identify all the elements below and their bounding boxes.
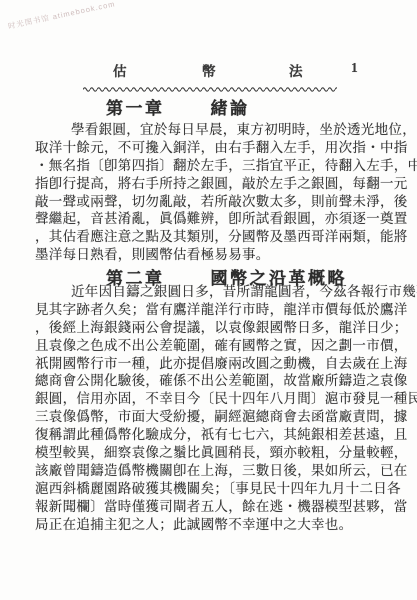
running-header-char: 幣 bbox=[202, 60, 216, 80]
text-line: 三袁像僞幣，市面大受紛擾，嗣經滬總商會去函當廠責問，據 bbox=[35, 408, 417, 426]
running-header-char: 估 bbox=[113, 60, 127, 80]
chapter1-number: 第一章 bbox=[106, 99, 165, 118]
text-line: 近年因自鑄之銀圓日多，昔所謂龍圓者，今茲各報行市幾不 bbox=[35, 283, 417, 301]
text-line: 該廠曾聞鑄造僞幣機關卽在上海，三數日後，果如所云，已在 bbox=[35, 462, 417, 480]
watermark-text: 时光图书馆 atimebook.com bbox=[7, 0, 116, 32]
text-line: ，其估看應注意之點及其類別，分國幣及墨西哥洋兩類，能將 bbox=[35, 228, 417, 246]
chapter1-title: 緒論 bbox=[211, 99, 250, 118]
text-line: 學看銀圓，宜於每日早晨，東方初明時，坐於透光地位， bbox=[35, 121, 417, 139]
text-line: 祇開國幣行市一種，此亦提倡廢兩改圓之動機，自去歲在上海 bbox=[35, 355, 417, 373]
text-line: ，後經上海銀錢兩公會提議，以袁像銀國幣日多，龍洋日少； bbox=[35, 319, 417, 337]
text-line: 敲一聲或兩聲，切勿亂敲，若所敲次數太多，則前聲未淨，後 bbox=[35, 193, 417, 211]
chapter1-body: 學看銀圓，宜於每日早晨，東方初明時，坐於透光地位， 取洋十餘元，不可攙入銅洋，由… bbox=[35, 121, 417, 264]
text-line: 報新聞欄〕當時僅獲司閘者五人，餘在逃・機器模型甚夥，當 bbox=[35, 498, 417, 516]
text-line: 模型較異，細察袁像之鬚比眞圓稍長，頸亦較粗，分量較輕， bbox=[35, 444, 417, 462]
chapter1-heading: 第一章緒論 bbox=[106, 94, 250, 119]
text-line: 滬西斜橋麗園路破獲其機關矣；〔事見民十四年九月十二日各 bbox=[35, 480, 417, 498]
text-line: 銀圓，信用亦固，不幸目今〔民十四年八月間〕滬市發見一種民 bbox=[35, 390, 417, 408]
book-page: 时光图书馆 atimebook.com 估 幣 法 1 第一章緒論 學看銀圓，宜… bbox=[0, 0, 417, 600]
text-line: 取洋十餘元，不可攙入銅洋，由右手翻入左手，用次指・中指 bbox=[35, 139, 417, 157]
text-line: 局正在追捕主犯之人；此誠國幣不幸運中之大幸也。 bbox=[35, 516, 417, 534]
page-number: 1 bbox=[351, 60, 358, 76]
text-line: 見其字跡者久矣；當有鷹洋龍洋行市時，龍洋市價每低於鷹洋 bbox=[35, 301, 417, 319]
text-line: ・無名指〔卽第四指〕翻於左手，三指宜平正，待翻入左手，中 bbox=[35, 157, 417, 175]
text-line: 且袁像之色成不出公差範圍，確有國幣之實，因之劃一市價， bbox=[35, 337, 417, 355]
text-line: 墨洋每日熟看，則國幣估看極易易事。 bbox=[35, 246, 417, 264]
text-line: 聲繼起，音甚淆亂，眞僞難辨，卽所試看銀圓，亦須逐一奠置 bbox=[35, 210, 417, 228]
running-header-char: 法 bbox=[289, 60, 303, 80]
chapter2-body: 近年因自鑄之銀圓日多，昔所謂龍圓者，今茲各報行市幾不 見其字跡者久矣；當有鷹洋龍… bbox=[35, 283, 417, 533]
text-line: 指卽行提高，將右手所持之銀圓，敲於左手之銀圓，每翻一元 bbox=[35, 175, 417, 193]
text-line: 總商會公開化驗後，確係不出公差範圍，故當廠所鑄造之袁像 bbox=[35, 372, 417, 390]
wavy-divider bbox=[83, 85, 337, 94]
text-line: 復稱謂此種僞幣化驗成分，祇有七七六，其純銀相差甚遠，且 bbox=[35, 426, 417, 444]
